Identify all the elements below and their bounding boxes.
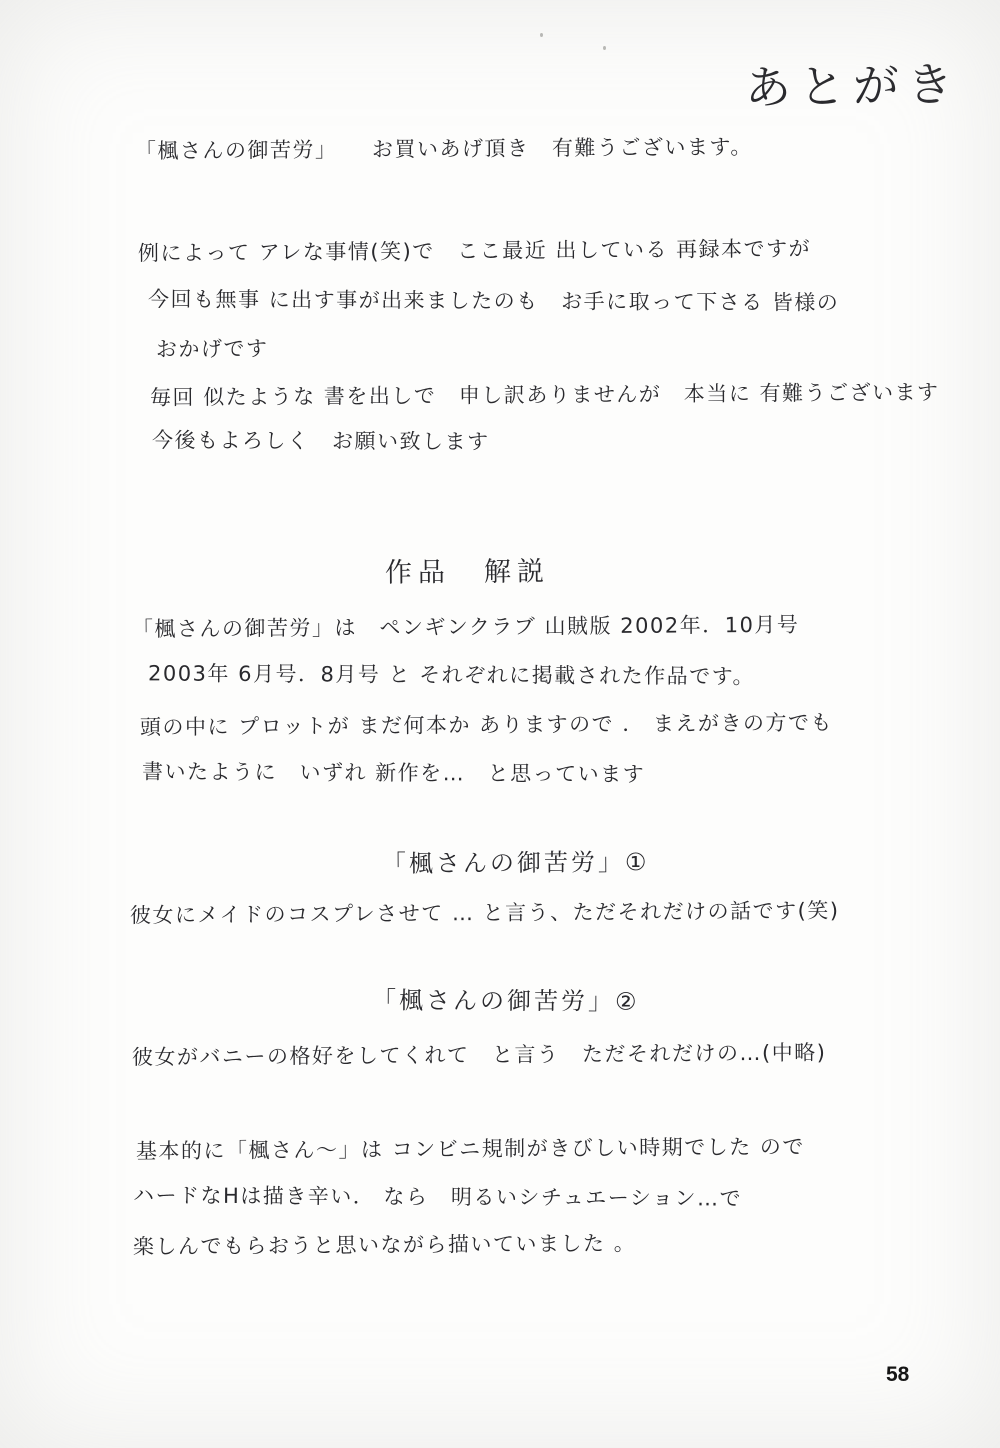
commentary-heading: 作品 解説 (385, 555, 550, 590)
work1-body: 彼女にメイドのコスプレさせて … と言う、ただそれだけの話です(笑) (130, 898, 840, 929)
page-title: あとがき (745, 56, 962, 117)
greeting-opening-line: 「楓さんの御苦労」 お買いあげ頂き 有難うございます。 (135, 134, 753, 165)
closing-line: 楽しんでもらおうと思いながら描いていました 。 (133, 1230, 636, 1260)
dust-speck (540, 33, 543, 37)
commentary-line: 2003年 6月号．8月号 と それぞれに掲載された作品です。 (148, 660, 755, 689)
commentary-line: 書いたように いずれ 新作を… と思っています (142, 759, 645, 788)
work2-heading: 「楓さんの御苦労」② (372, 985, 640, 1016)
closing-line: 基本的に「楓さん〜」は コンビニ規制がきびしい時期でした ので (136, 1134, 805, 1165)
commentary-line: 「楓さんの御苦労」は ペンギンクラブ 山賊版 2002年．10月号 (132, 612, 800, 643)
page-number: 58 (886, 1363, 909, 1387)
greeting-line: 今回も無事 に出す事が出来ましたのも お手に取って下さる 皆様の (148, 286, 839, 316)
work1-heading: 「楓さんの御苦労」① (382, 847, 650, 879)
scanned-afterword-page: あとがき 「楓さんの御苦労」 お買いあげ頂き 有難うございます。 例によって ア… (0, 0, 1000, 1448)
commentary-line: 頭の中に プロットが まだ何本か ありますので ． まえがきの方でも (140, 710, 833, 741)
greeting-line: 毎回 似たような 書を出しで 申し訳ありませんが 本当に 有難うございます (150, 379, 940, 411)
dust-speck (603, 46, 606, 50)
greeting-line: おかげです (156, 336, 269, 363)
greeting-line: 例によって アレな事情(笑)で ここ最近 出している 再録本ですが (138, 236, 811, 267)
work2-body: 彼女がバニーの格好をしてくれて と言う ただそれだけの…(中略) (132, 1040, 827, 1071)
greeting-line: 今後もよろしく お願い致します (152, 427, 490, 455)
closing-line: ハードなHは描き辛い． なら 明るいシチュエーション…で (133, 1182, 742, 1211)
